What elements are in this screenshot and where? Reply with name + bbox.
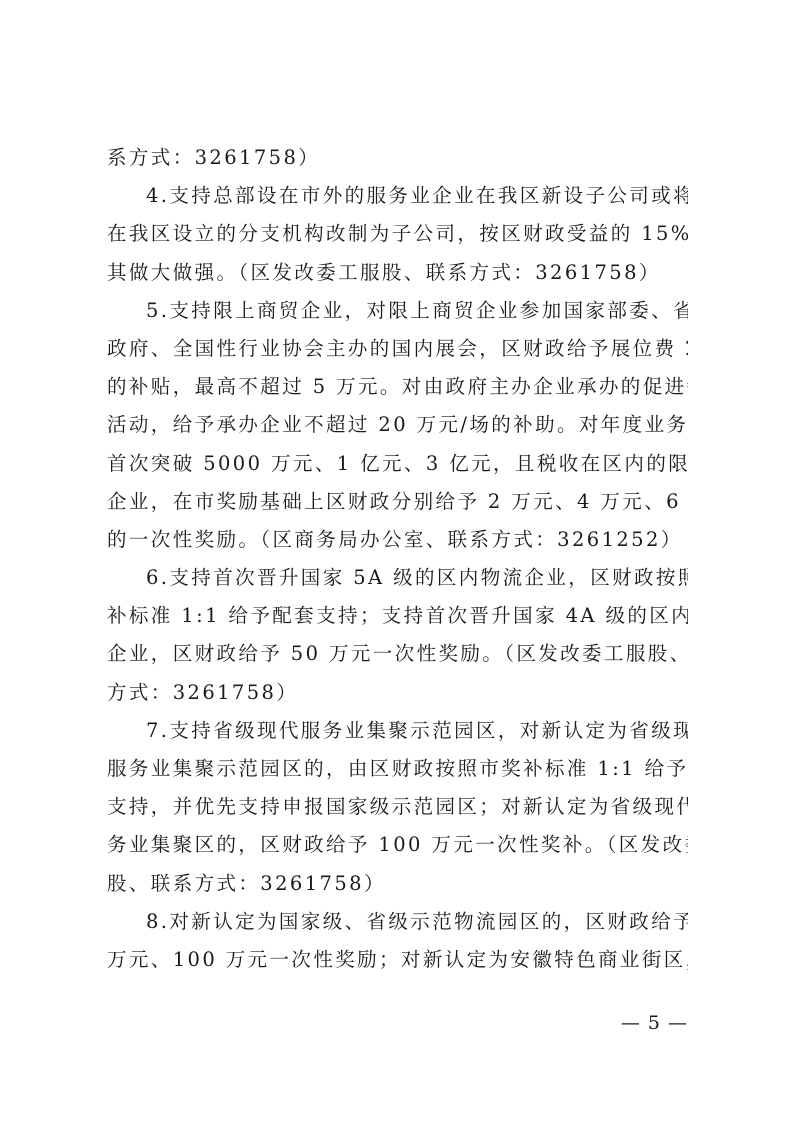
paragraph-8-line: 8.对新认定为国家级、省级示范物流园区的，区财政给予 200 xyxy=(107,903,688,941)
text-line: 企业，区财政给予 50 万元一次性奖励。（区发改委工服股、联系 xyxy=(107,635,688,673)
text-line: 其做大做强。（区发改委工服股、联系方式：3261758） xyxy=(107,254,688,292)
paragraph-7-line: 7.支持省级现代服务业集聚示范园区，对新认定为省级现代 xyxy=(107,712,688,750)
text-line: 政府、全国性行业协会主办的国内展会，区财政给予展位费 20% xyxy=(107,330,688,368)
text-line: 补标准 1:1 给予配套支持；支持首次晋升国家 4A 级的区内物流 xyxy=(107,597,688,635)
text-line: 务业集聚区的，区财政给予 100 万元一次性奖补。（区发改委工服 xyxy=(107,826,688,864)
text-line: 的一次性奖励。（区商务局办公室、联系方式：3261252） xyxy=(107,521,688,559)
document-body: 系方式：3261758） 4.支持总部设在市外的服务业企业在我区新设子公司或将已… xyxy=(107,139,688,979)
page-number: — 5 — xyxy=(620,1010,688,1036)
text-line: 首次突破 5000 万元、1 亿元、3 亿元，且税收在区内的限上商贸 xyxy=(107,445,688,483)
paragraph-4-line: 4.支持总部设在市外的服务业企业在我区新设子公司或将已 xyxy=(107,177,688,215)
text-line: 系方式：3261758） xyxy=(107,139,688,177)
text-line: 服务业集聚示范园区的，由区财政按照市奖补标准 1:1 给予配套 xyxy=(107,750,688,788)
paragraph-5-line: 5.支持限上商贸企业，对限上商贸企业参加国家部委、省市 xyxy=(107,292,688,330)
text-line: 企业，在市奖励基础上区财政分别给予 2 万元、4 万元、6 万元 xyxy=(107,483,688,521)
text-line: 方式：3261758） xyxy=(107,674,688,712)
text-line: 万元、100 万元一次性奖励；对新认定为安徽特色商业街区，由 xyxy=(107,941,688,979)
paragraph-6-line: 6.支持首次晋升国家 5A 级的区内物流企业，区财政按照市奖 xyxy=(107,559,688,597)
text-line: 股、联系方式：3261758） xyxy=(107,865,688,903)
text-line: 支持，并优先支持申报国家级示范园区；对新认定为省级现代服 xyxy=(107,788,688,826)
text-line: 在我区设立的分支机构改制为子公司，按区财政受益的 15%支持 xyxy=(107,215,688,253)
text-line: 活动，给予承办企业不超过 20 万元/场的补助。对年度业务收入 xyxy=(107,406,688,444)
text-line: 的补贴，最高不超过 5 万元。对由政府主办企业承办的促进销费 xyxy=(107,368,688,406)
